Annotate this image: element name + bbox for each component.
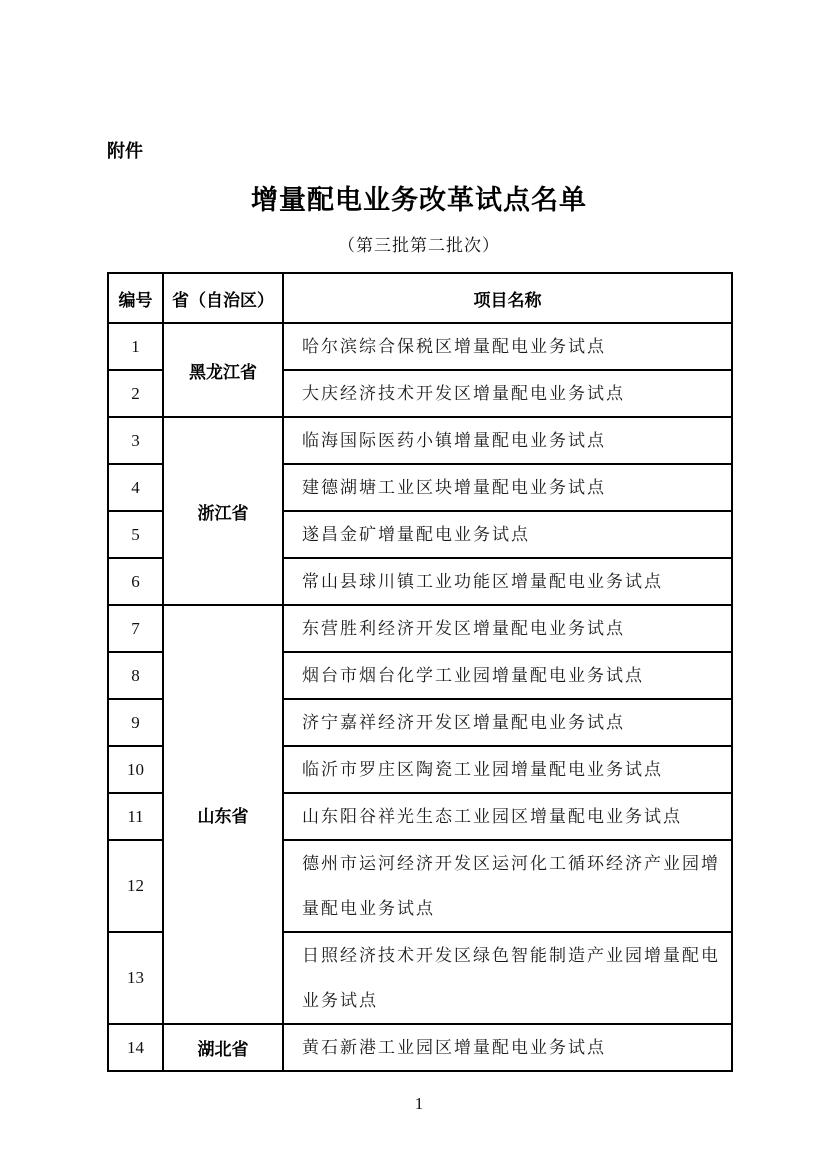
project-cell: 济宁嘉祥经济开发区增量配电业务试点 <box>283 699 732 746</box>
row-number-cell: 3 <box>108 417 163 464</box>
province-cell: 湖北省 <box>163 1024 283 1071</box>
row-number-cell: 11 <box>108 793 163 840</box>
header-number: 编号 <box>108 273 163 323</box>
province-cell: 山东省 <box>163 605 283 1024</box>
project-cell: 临海国际医药小镇增量配电业务试点 <box>283 417 732 464</box>
page-subtitle: （第三批第二批次） <box>107 234 731 257</box>
row-number-cell: 9 <box>108 699 163 746</box>
table-row: 7山东省东营胜利经济开发区增量配电业务试点 <box>108 605 732 652</box>
header-project: 项目名称 <box>283 273 732 323</box>
document-page: 附件 增量配电业务改革试点名单 （第三批第二批次） 编号 省（自治区） 项目名称… <box>0 0 827 1169</box>
project-cell: 常山县球川镇工业功能区增量配电业务试点 <box>283 558 732 605</box>
project-cell: 遂昌金矿增量配电业务试点 <box>283 511 732 558</box>
pilot-projects-table: 编号 省（自治区） 项目名称 1黑龙江省哈尔滨综合保税区增量配电业务试点2大庆经… <box>107 272 733 1072</box>
project-cell: 日照经济技术开发区绿色智能制造产业园增量配电业务试点 <box>283 932 732 1024</box>
attachment-label: 附件 <box>107 140 731 162</box>
project-cell: 烟台市烟台化学工业园增量配电业务试点 <box>283 652 732 699</box>
project-cell: 山东阳谷祥光生态工业园区增量配电业务试点 <box>283 793 732 840</box>
row-number-cell: 10 <box>108 746 163 793</box>
row-number-cell: 6 <box>108 558 163 605</box>
project-cell: 临沂市罗庄区陶瓷工业园增量配电业务试点 <box>283 746 732 793</box>
project-cell: 建德湖塘工业区块增量配电业务试点 <box>283 464 732 511</box>
province-cell: 黑龙江省 <box>163 323 283 417</box>
table-row: 14湖北省黄石新港工业园区增量配电业务试点 <box>108 1024 732 1071</box>
province-cell: 浙江省 <box>163 417 283 605</box>
header-province: 省（自治区） <box>163 273 283 323</box>
page-title: 增量配电业务改革试点名单 <box>107 183 731 217</box>
project-cell: 东营胜利经济开发区增量配电业务试点 <box>283 605 732 652</box>
project-cell: 黄石新港工业园区增量配电业务试点 <box>283 1024 732 1071</box>
table-body: 1黑龙江省哈尔滨综合保税区增量配电业务试点2大庆经济技术开发区增量配电业务试点3… <box>108 323 732 1071</box>
row-number-cell: 5 <box>108 511 163 558</box>
project-cell: 大庆经济技术开发区增量配电业务试点 <box>283 370 732 417</box>
table-header-row: 编号 省（自治区） 项目名称 <box>108 273 732 323</box>
row-number-cell: 13 <box>108 932 163 1024</box>
row-number-cell: 14 <box>108 1024 163 1071</box>
table-row: 3浙江省临海国际医药小镇增量配电业务试点 <box>108 417 732 464</box>
project-cell: 德州市运河经济开发区运河化工循环经济产业园增量配电业务试点 <box>283 840 732 932</box>
table-row: 1黑龙江省哈尔滨综合保税区增量配电业务试点 <box>108 323 732 370</box>
page-number: 1 <box>107 1094 731 1114</box>
project-cell: 哈尔滨综合保税区增量配电业务试点 <box>283 323 732 370</box>
row-number-cell: 12 <box>108 840 163 932</box>
row-number-cell: 1 <box>108 323 163 370</box>
row-number-cell: 7 <box>108 605 163 652</box>
row-number-cell: 8 <box>108 652 163 699</box>
row-number-cell: 2 <box>108 370 163 417</box>
row-number-cell: 4 <box>108 464 163 511</box>
